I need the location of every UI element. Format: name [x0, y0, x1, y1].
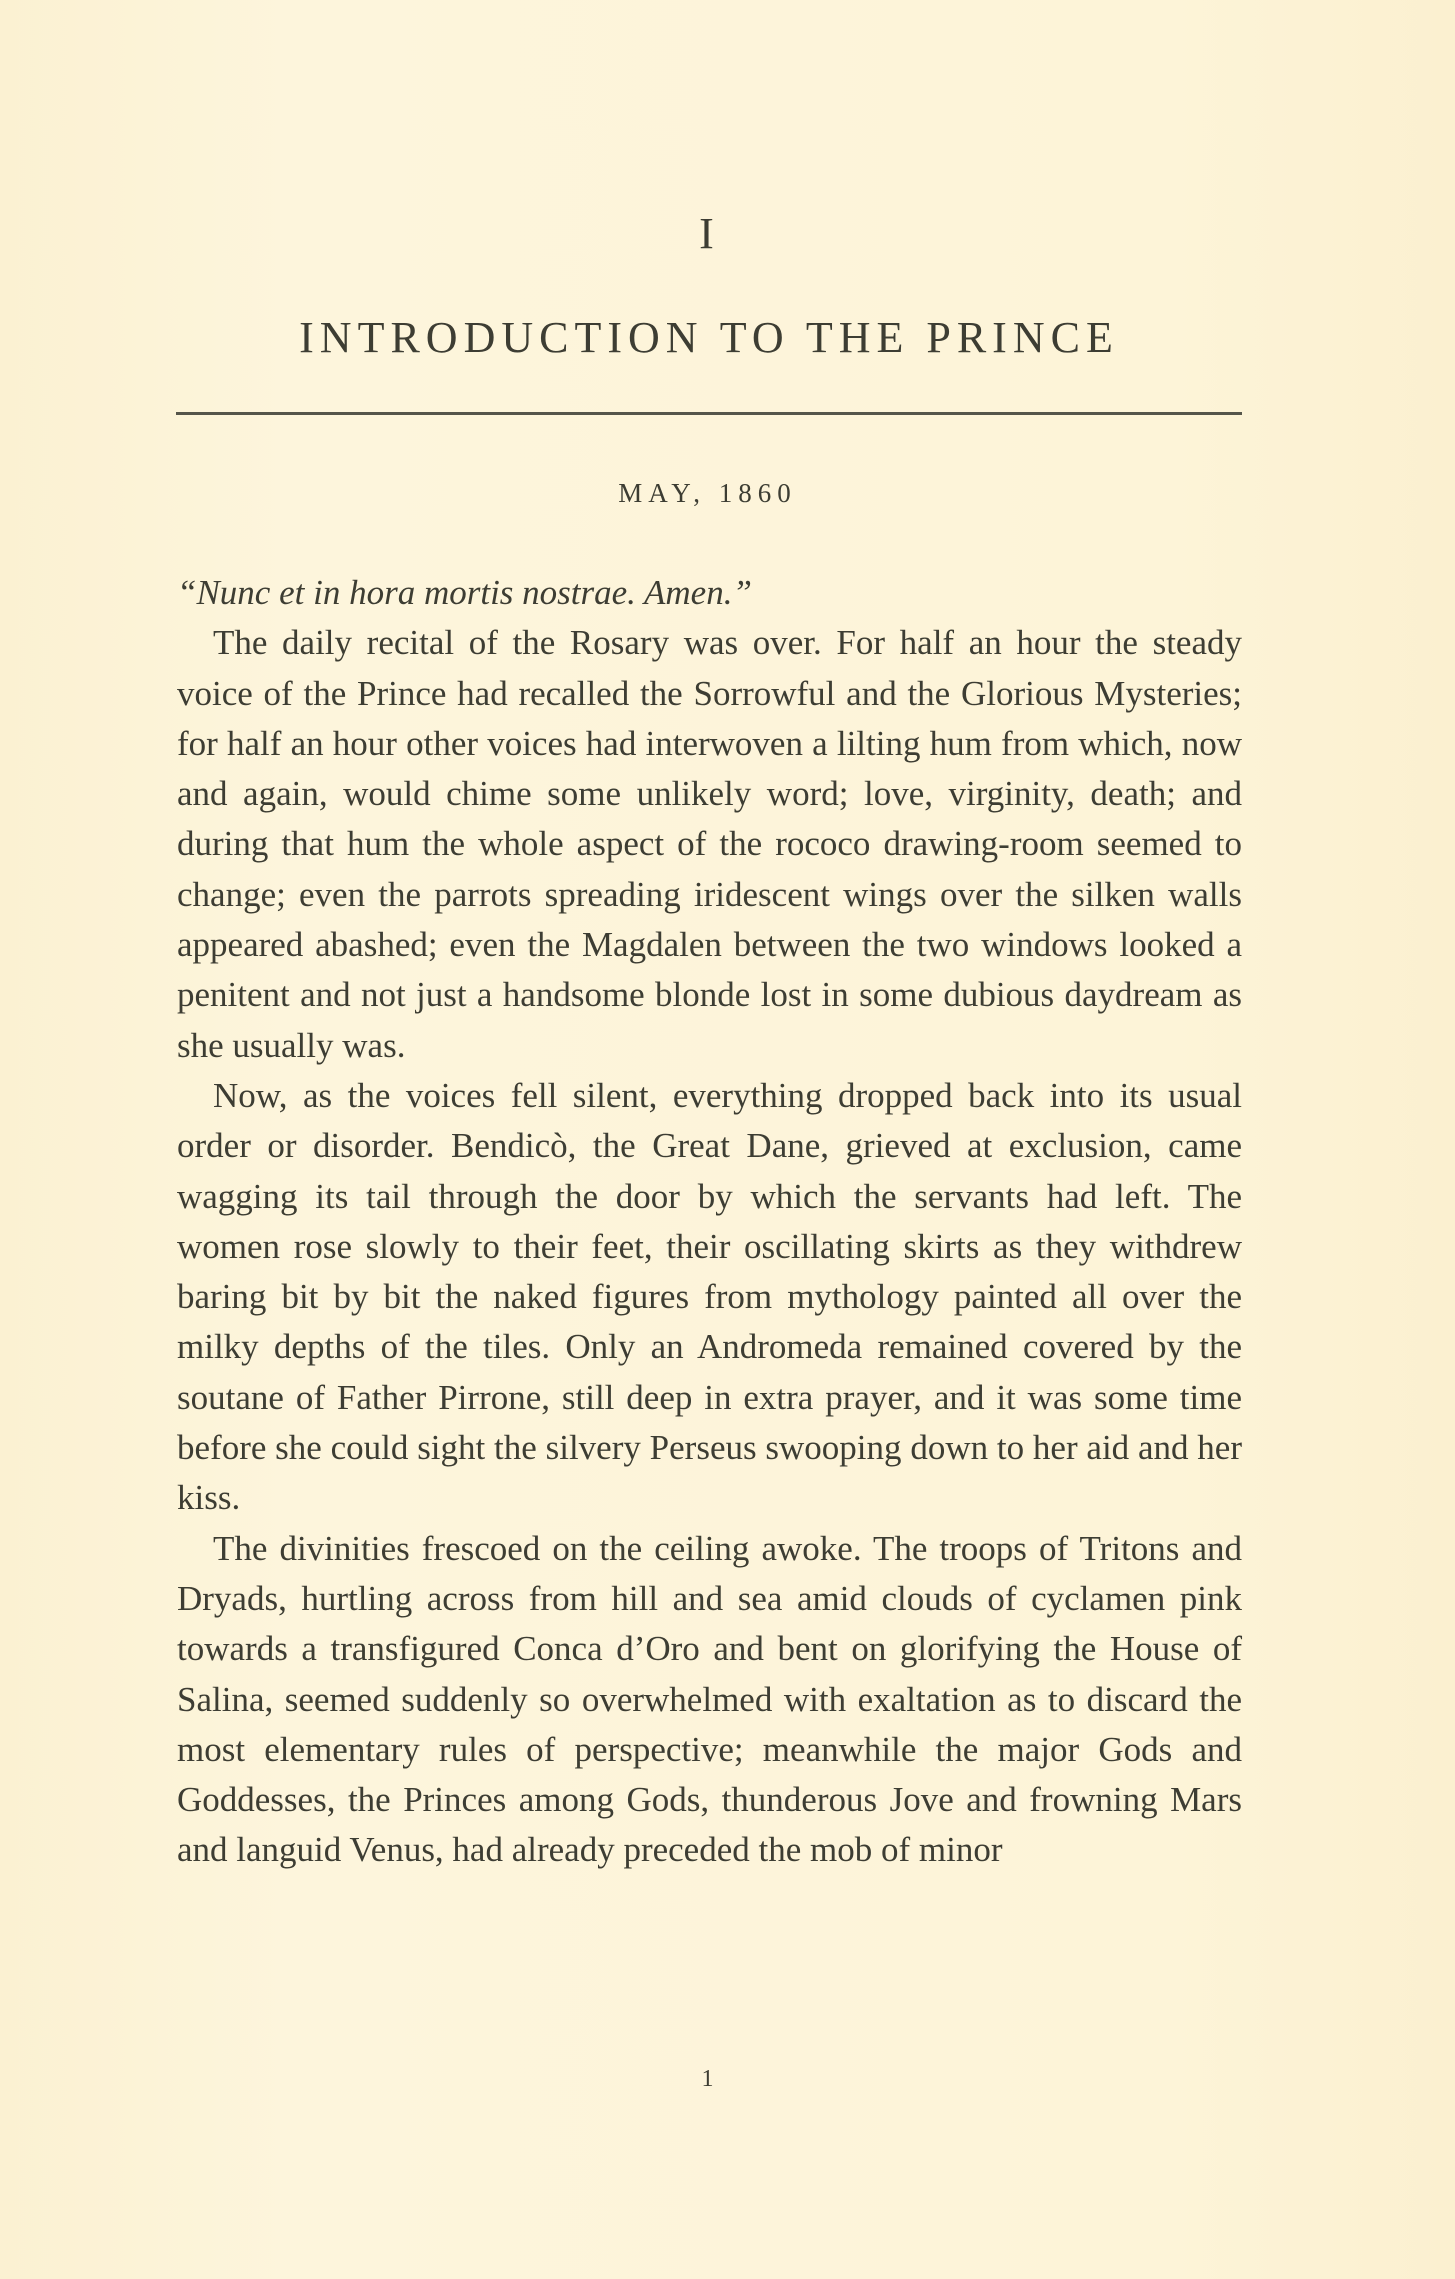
chapter-title: INTRODUCTION TO THE PRINCE [176, 312, 1242, 363]
title-rule-divider [176, 412, 1242, 415]
page-number: 1 [0, 2066, 1415, 2093]
paragraph: The daily recital of the Rosary was over… [177, 618, 1242, 1071]
epigraph: “Nunc et in hora mortis nostrae. Amen.” [177, 568, 1242, 618]
body-text: “Nunc et in hora mortis nostrae. Amen.” … [177, 568, 1242, 1876]
chapter-date: MAY, 1860 [0, 478, 1415, 509]
book-page: I INTRODUCTION TO THE PRINCE MAY, 1860 “… [0, 0, 1455, 2279]
paragraph: Now, as the voices fell silent, everythi… [177, 1071, 1242, 1524]
paragraph: The divinities frescoed on the ceiling a… [177, 1524, 1242, 1876]
chapter-number: I [0, 208, 1415, 259]
